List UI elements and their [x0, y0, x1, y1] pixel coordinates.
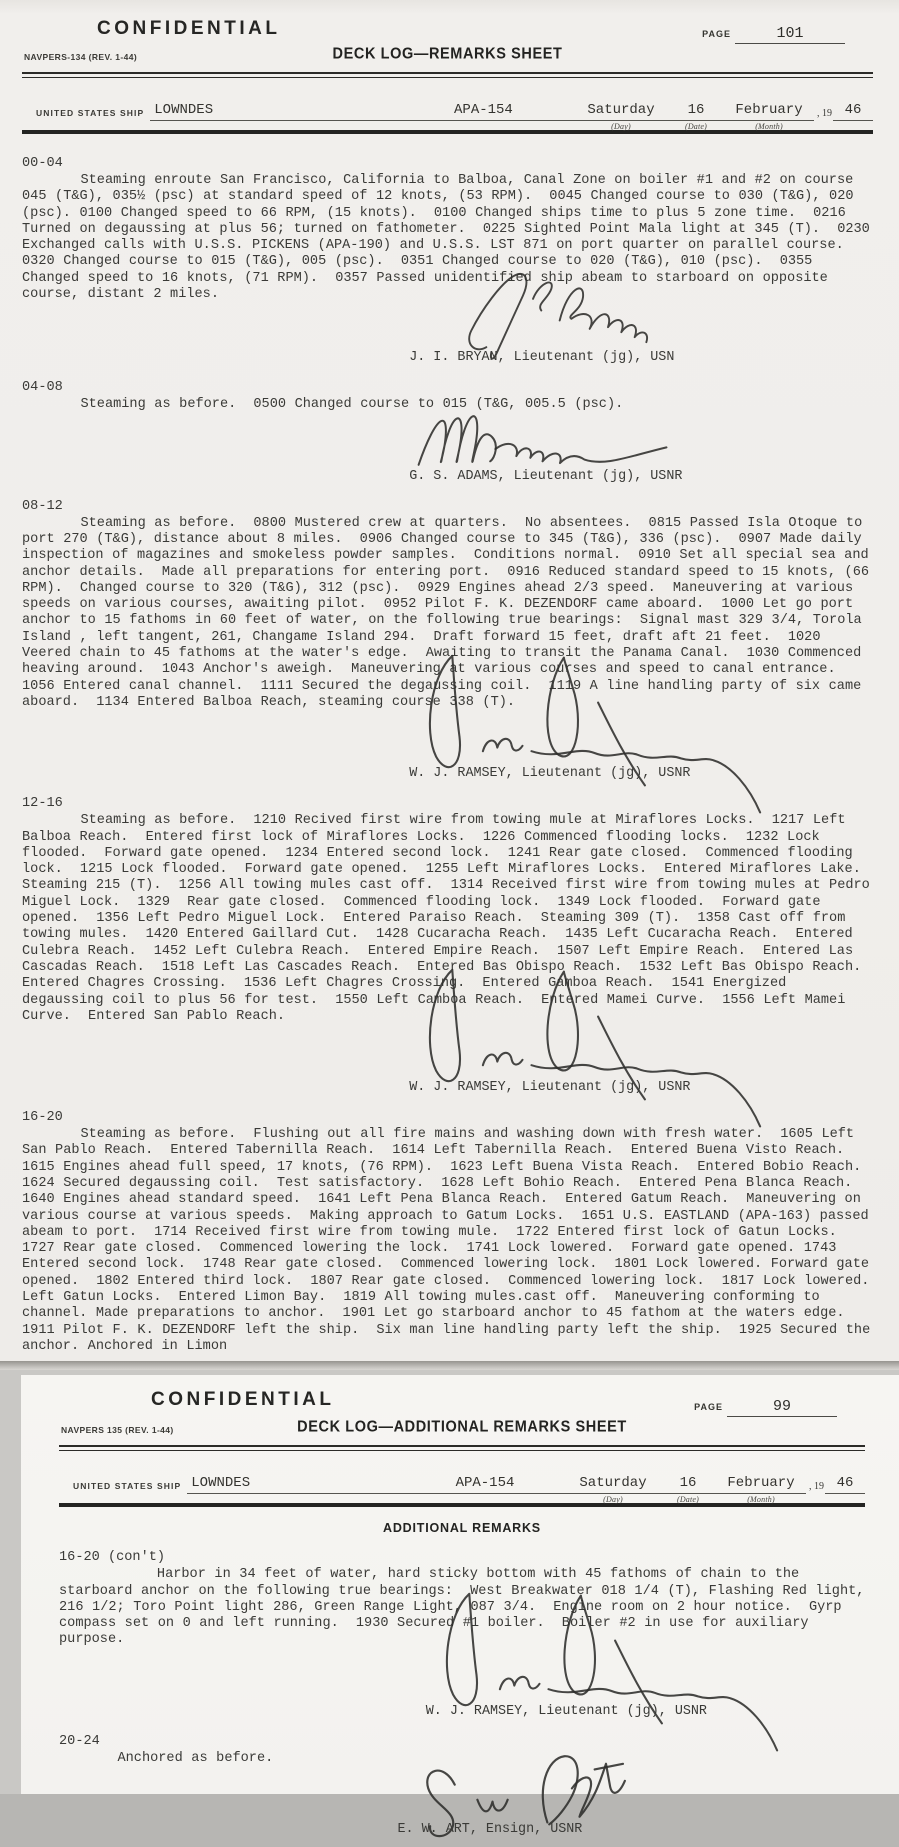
signature-bryan-script-icon	[453, 263, 703, 363]
date-value: 16	[660, 1475, 716, 1494]
page-label: PAGE	[694, 1402, 723, 1412]
log-entries: 16-20 (con't) Harbor in 34 feet of water…	[59, 1550, 865, 1837]
page-number: 101	[735, 25, 845, 44]
ship-identification-row: UNITED STATES SHIP LOWNDES APA-154 Satur…	[22, 100, 873, 121]
month-field: February (Month)	[724, 100, 814, 121]
page2-header-row: CONFIDENTIAL PAGE99	[59, 1385, 865, 1419]
day-caption: (Day)	[574, 122, 668, 131]
signature-block-ramsey-1: W. J. RAMSEY, Lieutenant (jg), USNR	[409, 719, 873, 781]
page-number-field: PAGE101	[702, 24, 845, 44]
double-rule	[59, 1445, 865, 1451]
page-edge-shadow	[0, 1361, 899, 1370]
watch-heading-08-12: 08-12	[22, 499, 873, 514]
signature-typed-bryan: J. I. BRYAN, Lieutenant (jg), USN	[409, 350, 674, 365]
page-number: 99	[727, 1398, 837, 1417]
month-value: February	[724, 102, 814, 121]
deck-log-remarks-sheet: CONFIDENTIAL PAGE101 NAVPERS-134 (REV. 1…	[0, 0, 899, 1361]
deck-log-additional-remarks-sheet: CONFIDENTIAL PAGE99 NAVPERS 135 (REV. 1-…	[0, 1370, 899, 1794]
signature-typed-ramsey-3: W. J. RAMSEY, Lieutenant (jg), USNR	[426, 1704, 707, 1719]
date-field: 16 (Date)	[668, 100, 724, 121]
sheet-title: DECK LOG—ADDITIONAL REMARKS SHEET	[59, 1419, 865, 1436]
watch-heading-16-20-cont: 16-20 (con't)	[59, 1550, 865, 1565]
month-caption: (Month)	[724, 122, 814, 131]
year-value: 46	[825, 1475, 865, 1494]
signature-typed-ramsey-1: W. J. RAMSEY, Lieutenant (jg), USNR	[409, 766, 690, 781]
date-caption: (Date)	[668, 122, 724, 131]
page1-title-row: NAVPERS-134 (REV. 1-44) DECK LOG—REMARKS…	[22, 46, 873, 68]
hull-number: APA-154	[404, 1475, 566, 1494]
page2-title-row: NAVPERS 135 (REV. 1-44) DECK LOG—ADDITIO…	[59, 1419, 865, 1441]
day-value: Saturday	[566, 1475, 660, 1494]
signature-ramsey-script-icon	[412, 1583, 802, 1763]
log-entries: 00-04 Steaming enroute San Francisco, Ca…	[22, 156, 873, 1355]
page-number-field: PAGE99	[694, 1397, 837, 1417]
date-field: 16 (Date)	[660, 1473, 716, 1494]
classification-banner: CONFIDENTIAL	[151, 1389, 334, 1411]
year-prefix: , 19	[806, 1481, 825, 1494]
signature-block-bryan: J. I. BRYAN, Lieutenant (jg), USN	[409, 311, 873, 365]
day-field: Saturday (Day)	[574, 100, 668, 121]
ship-name: LOWNDES	[150, 102, 393, 121]
signature-ramsey-script-icon	[395, 959, 785, 1139]
page1-header-row: CONFIDENTIAL PAGE101	[22, 12, 873, 46]
signature-typed-adams: G. S. ADAMS, Lieutenant (jg), USNR	[409, 469, 682, 484]
classification-banner: CONFIDENTIAL	[97, 18, 280, 40]
signature-block-adams: G. S. ADAMS, Lieutenant (jg), USNR	[409, 422, 873, 484]
entry-text-16-20: Steaming as before. Flushing out all fir…	[22, 1127, 873, 1355]
page2-paper: CONFIDENTIAL PAGE99 NAVPERS 135 (REV. 1-…	[21, 1375, 899, 1794]
ship-identification-row: UNITED STATES SHIP LOWNDES APA-154 Satur…	[59, 1473, 865, 1494]
additional-remarks-heading: ADDITIONAL REMARKS	[59, 1521, 865, 1535]
entry-text-00-04: Steaming enroute San Francisco, Californ…	[22, 173, 873, 303]
date-caption: (Date)	[660, 1495, 716, 1504]
ship-name: LOWNDES	[187, 1475, 404, 1494]
day-caption: (Day)	[566, 1495, 660, 1504]
month-field: February (Month)	[716, 1473, 806, 1494]
signature-typed-art: E. W. ART, Ensign, USNR	[398, 1822, 583, 1837]
ship-label: UNITED STATES SHIP	[22, 108, 150, 121]
signature-block-ramsey-2: W. J. RAMSEY, Lieutenant (jg), USNR	[409, 1033, 873, 1095]
hull-number: APA-154	[393, 102, 574, 121]
month-value: February	[716, 1475, 806, 1494]
month-caption: (Month)	[716, 1495, 806, 1504]
day-value: Saturday	[574, 102, 668, 121]
signature-block-art: E. W. ART, Ensign, USNR	[398, 1775, 865, 1837]
ship-label: UNITED STATES SHIP	[59, 1481, 187, 1494]
page-label: PAGE	[702, 29, 731, 39]
year-prefix: , 19	[814, 108, 833, 121]
signature-typed-ramsey-2: W. J. RAMSEY, Lieutenant (jg), USNR	[409, 1080, 690, 1095]
double-rule	[22, 72, 873, 78]
day-field: Saturday (Day)	[566, 1473, 660, 1494]
watch-heading-00-04: 00-04	[22, 156, 873, 171]
year-value: 46	[833, 102, 873, 121]
sheet-title: DECK LOG—REMARKS SHEET	[22, 45, 873, 62]
signature-ramsey-script-icon	[395, 645, 785, 825]
signature-block-ramsey-3: W. J. RAMSEY, Lieutenant (jg), USNR	[426, 1657, 865, 1719]
date-value: 16	[668, 102, 724, 121]
